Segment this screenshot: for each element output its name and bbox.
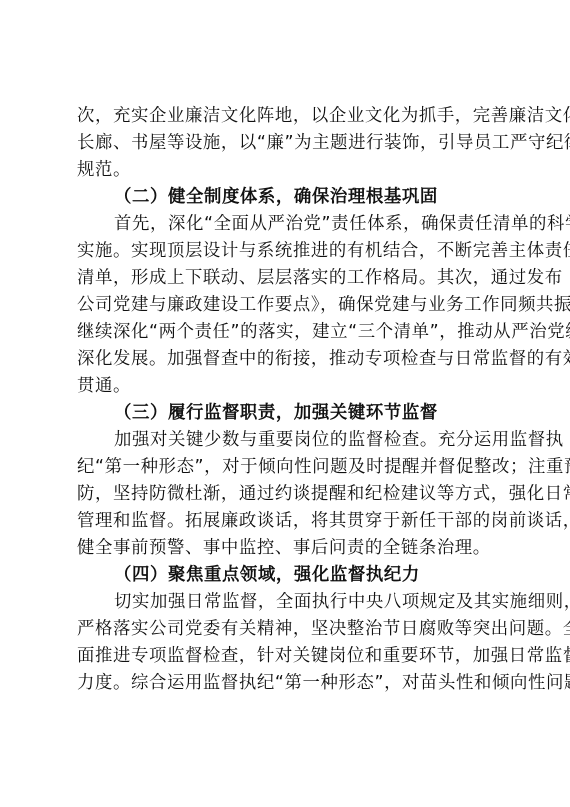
section-heading-3: （三）履行监督职责，加强关键环节监督 bbox=[77, 400, 489, 427]
text-line: 防，坚持防微杜渐，通过约谈提醒和纪检建议等方式，强化日常 bbox=[77, 481, 489, 508]
text-line: 长廊、书屋等设施，以“廉”为主题进行装饰，引导员工严守纪律 bbox=[77, 130, 489, 157]
document-page: 次，充实企业廉洁文化阵地，以企业文化为抓手，完善廉洁文化 长廊、书屋等设施，以“… bbox=[77, 103, 489, 697]
section-heading-4: （四）聚焦重点领域，强化监督执纪力 bbox=[77, 562, 489, 589]
text-line: 切实加强日常监督，全面执行中央八项规定及其实施细则， bbox=[77, 589, 489, 616]
text-line: 力度。综合运用监督执纪“第一种形态”，对苗头性和倾向性问题 bbox=[77, 670, 489, 697]
paragraph-1: 次，充实企业廉洁文化阵地，以企业文化为抓手，完善廉洁文化 长廊、书屋等设施，以“… bbox=[77, 103, 489, 184]
text-line: 面推进专项监督检查，针对关键岗位和重要环节，加强日常监督 bbox=[77, 643, 489, 670]
text-line: 规范。 bbox=[77, 157, 489, 184]
section-heading-2: （二）健全制度体系，确保治理根基巩固 bbox=[77, 184, 489, 211]
text-line: 健全事前预警、事中监控、事后问责的全链条治理。 bbox=[77, 535, 489, 562]
text-line: 管理和监督。拓展廉政谈话，将其贯穿于新任干部的岗前谈话， bbox=[77, 508, 489, 535]
text-line: 清单，形成上下联动、层层落实的工作格局。其次，通过发布《×× bbox=[77, 265, 489, 292]
text-line: 深化发展。加强督查中的衔接，推动专项检查与日常监督的有效 bbox=[77, 346, 489, 373]
text-line: 纪“第一种形态”，对于倾向性问题及时提醒并督促整改；注重预 bbox=[77, 454, 489, 481]
text-line: 实施。实现顶层设计与系统推进的有机结合，不断完善主体责任 bbox=[77, 238, 489, 265]
paragraph-4: 切实加强日常监督，全面执行中央八项规定及其实施细则， 严格落实公司党委有关精神，… bbox=[77, 589, 489, 697]
text-line: 公司党建与廉政建设工作要点》，确保党建与业务工作同频共振， bbox=[77, 292, 489, 319]
text-line: 严格落实公司党委有关精神，坚决整治节日腐败等突出问题。全 bbox=[77, 616, 489, 643]
text-line: 加强对关键少数与重要岗位的监督检查。充分运用监督执 bbox=[77, 427, 489, 454]
text-line: 继续深化“两个责任”的落实，建立“三个清单”，推动从严治党纵 bbox=[77, 319, 489, 346]
paragraph-2: 首先，深化“全面从严治党”责任体系，确保责任清单的科学 实施。实现顶层设计与系统… bbox=[77, 211, 489, 400]
text-line: 贯通。 bbox=[77, 373, 489, 400]
text-line: 首先，深化“全面从严治党”责任体系，确保责任清单的科学 bbox=[77, 211, 489, 238]
text-line: 次，充实企业廉洁文化阵地，以企业文化为抓手，完善廉洁文化 bbox=[77, 103, 489, 130]
paragraph-3: 加强对关键少数与重要岗位的监督检查。充分运用监督执 纪“第一种形态”，对于倾向性… bbox=[77, 427, 489, 562]
